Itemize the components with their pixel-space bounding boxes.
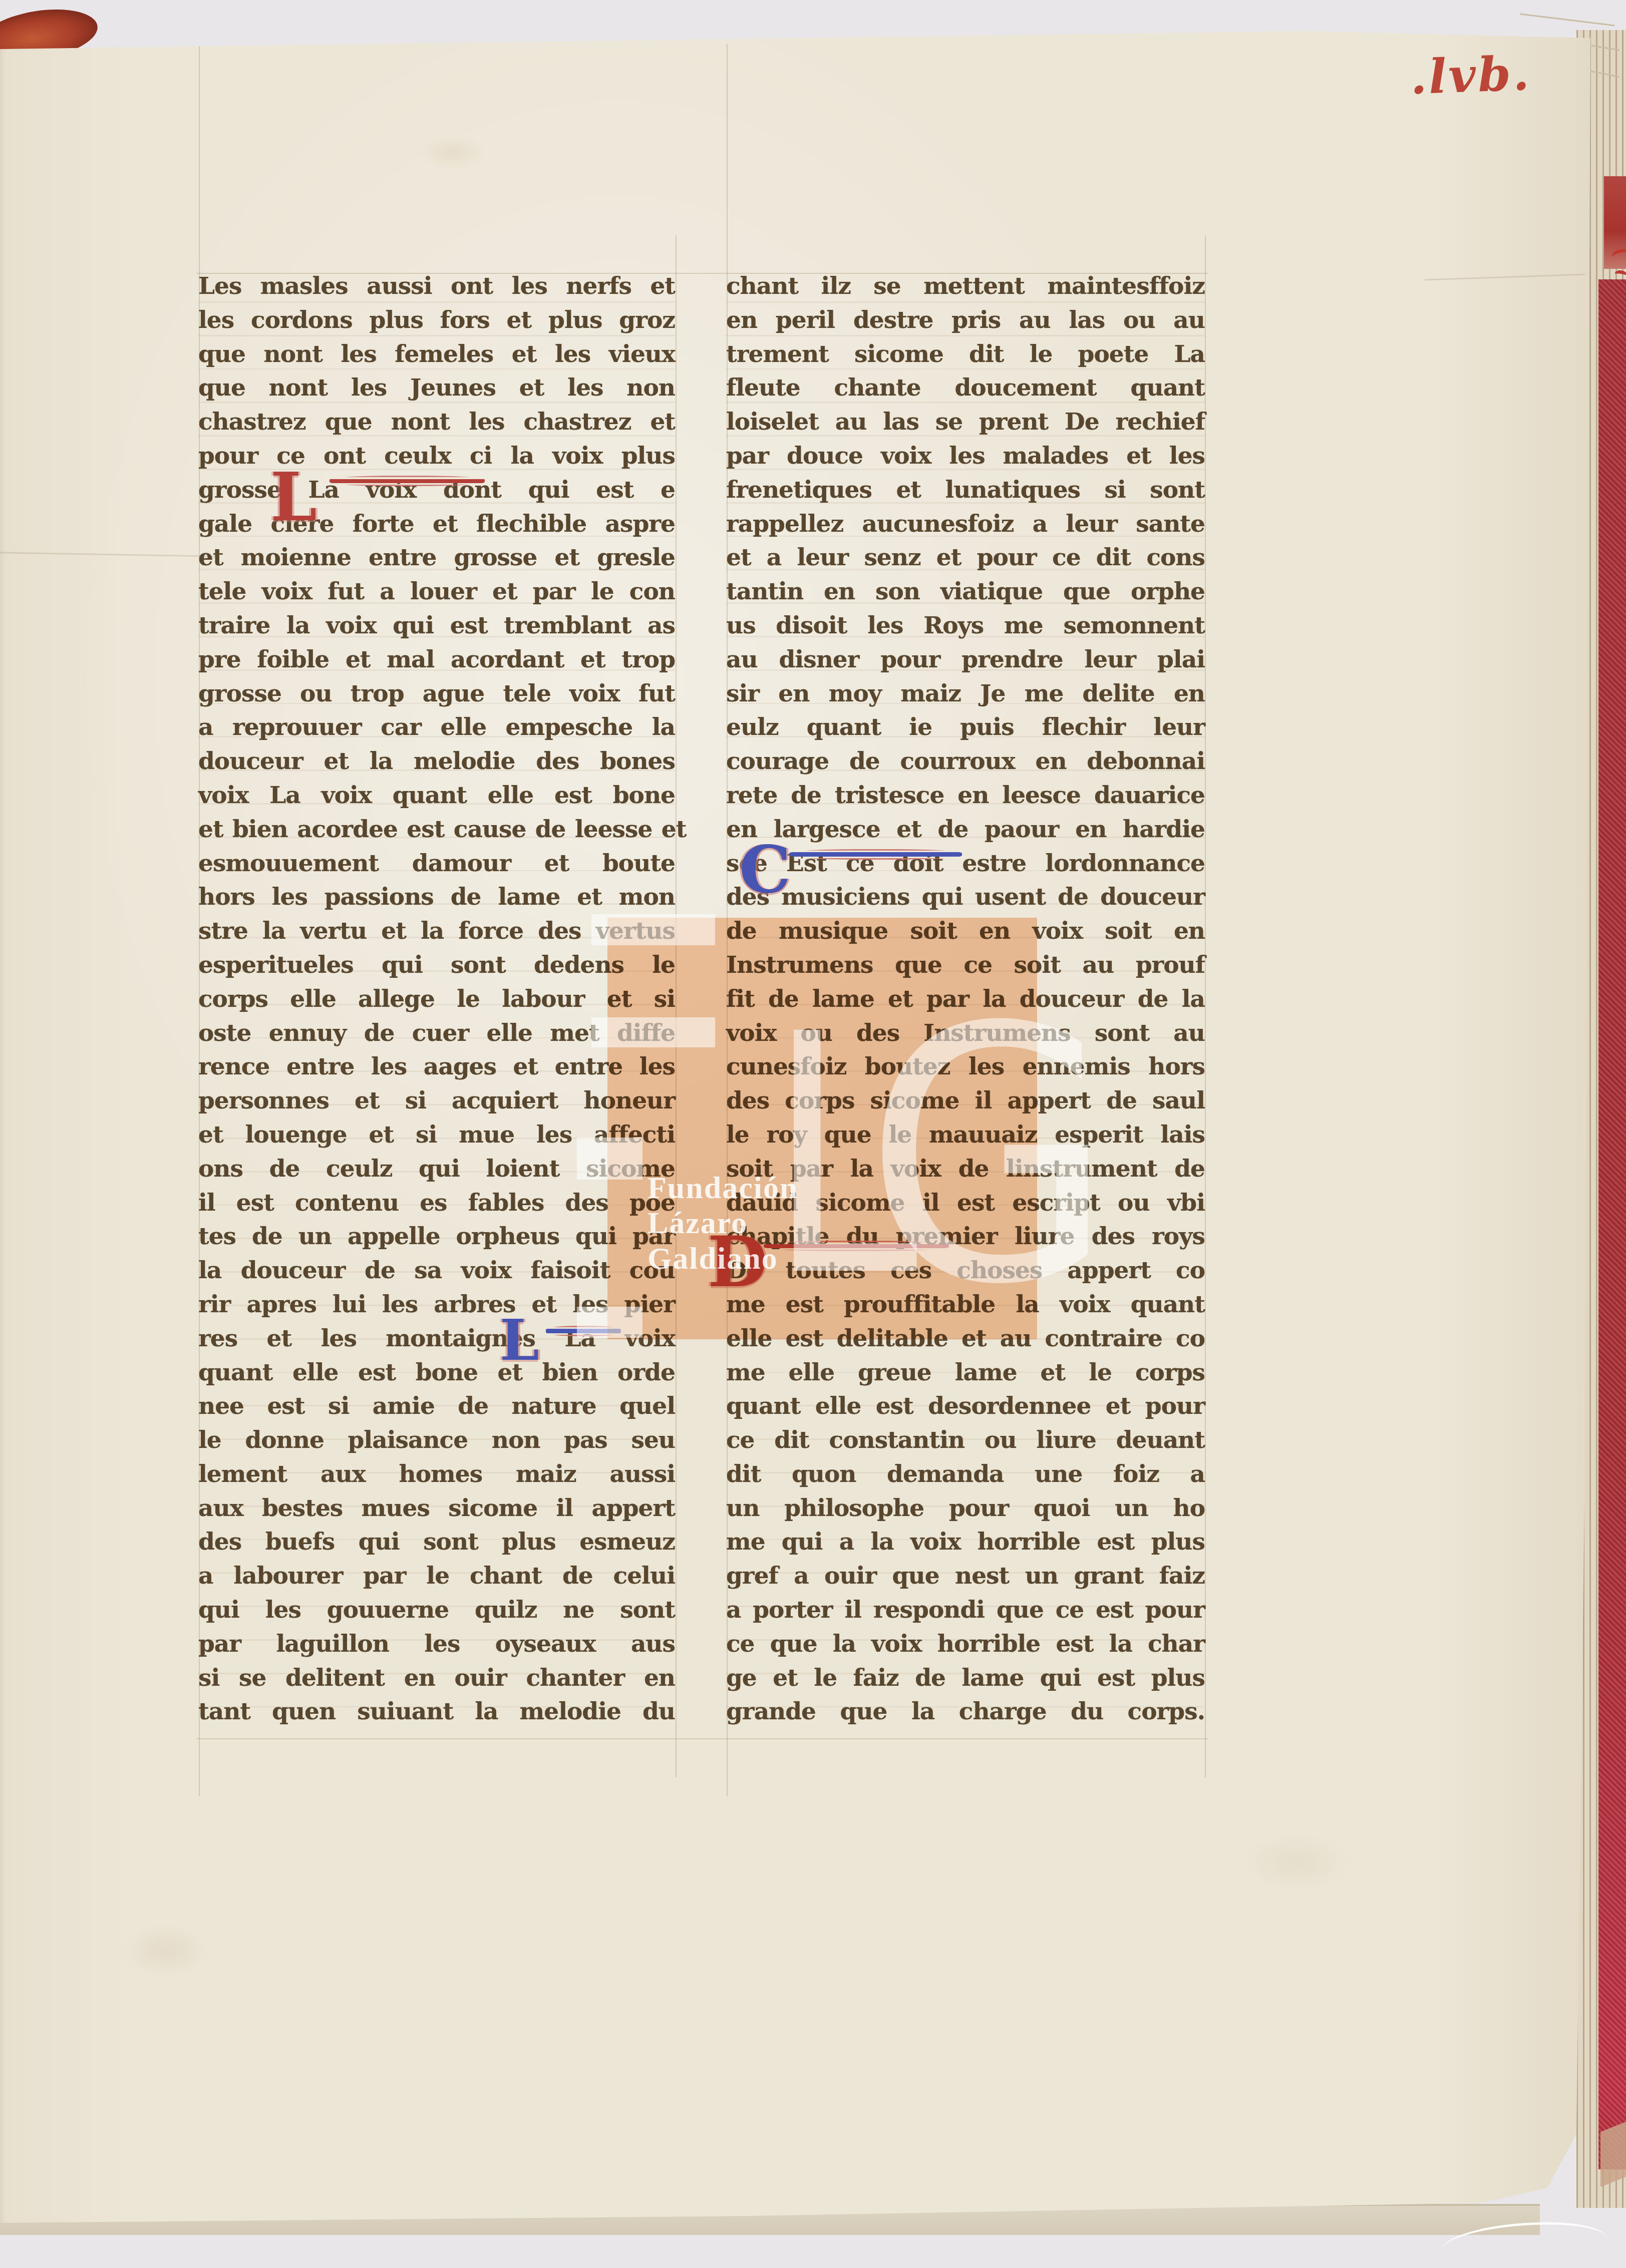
parchment-stain [1242,1832,1352,1893]
text-line: loiselet au las se prent De rechief [726,405,1205,439]
text-line: us disoit les Roys me semonnent [726,609,1205,643]
parchment-page: Les masles aussi ont les nerfs etles cor… [0,0,1626,2268]
text-line: eulz quant ie puis flechir leur [726,710,1205,744]
text-line: aux bestes mues sicome il appert [198,1491,675,1526]
text-line: tant quen suiuant la melodie du [198,1695,675,1729]
text-line: le donne plaisance non pas seu [198,1423,675,1457]
text-line: quant elle est bone et bien orde [198,1356,675,1390]
text-line: tantin en son viatique que orphe [726,575,1205,609]
text-line: a reprouuer car elle empesche la [198,710,675,744]
text-line: chastrez que nont les chastrez et [198,405,675,439]
parchment-crease [0,552,215,557]
manuscript-photo: Les masles aussi ont les nerfs etles cor… [0,0,1626,2268]
text-line: des buefs qui sont plus esmeuz [198,1525,675,1559]
text-line: douceur et la melodie des bones [198,744,675,779]
illuminated-initial: C [739,837,791,902]
parchment-stain [421,135,486,170]
text-line: personnes et si acquiert honeur [198,1084,675,1118]
text-line: en peril destre pris au las ou au [726,303,1205,337]
text-line: trement sicome dit le poete La [726,337,1205,371]
text-line: courage de courroux en debonnai [726,744,1205,779]
illuminated-initial: L [270,465,317,531]
text-line: lement aux homes maiz aussi [198,1457,675,1491]
watermark-text-line1: Fundación [647,1171,798,1206]
text-line: sir en moy maiz Je me delite en [726,677,1205,711]
watermark-f-bar [577,1307,642,1338]
watermark-f-bar [591,914,715,945]
text-line: chant ilz se mettent maintesffoiz [726,269,1205,303]
text-line: et bien acordee est cause de leesse et [198,813,675,847]
text-line: rence entre les aages et entre les [198,1050,675,1084]
penwork-flourish [789,849,962,860]
text-line: et moienne entre grosse et gresle [198,541,675,575]
text-line: a labourer par le chant de celui [198,1559,675,1593]
text-line: et a leur senz et pour ce dit cons [726,541,1205,575]
text-line: ce dit constantin ou liure deuant [726,1423,1205,1457]
watermark-f-bar [591,1017,715,1047]
text-line: des musiciens qui usent de douceur [726,880,1205,914]
watermark-text-line2: Lázaro Galdiano [647,1206,778,1277]
initial-letter: C [739,831,791,908]
parchment-stain [120,1923,210,1978]
text-line: il est contenu es fables des poe [198,1186,675,1220]
text-line: Les masles aussi ont les nerfs et [198,269,675,303]
text-line: rappellez aucunesfoiz a leur sante [726,507,1205,541]
text-line: dit quon demanda une foiz a [726,1457,1205,1491]
text-line: par laguillon les oyseaux aus [198,1627,675,1661]
text-line: tes de un appelle orpheus qui par [198,1220,675,1254]
text-line: pour ce ont ceulx ci la voix plus [198,439,675,473]
illuminated-initial: L [500,1313,539,1369]
ruling-line-horizontal [196,1738,1208,1739]
text-line: grande que la charge du corps. [726,1695,1205,1729]
text-line: rete de tristesce en leesce dauarice [726,779,1205,813]
text-line: un philosophe pour quoi un ho [726,1491,1205,1526]
text-line: esperitueles qui sont dedens le [198,948,675,982]
text-line: esmouuement damour et boute [198,847,675,881]
text-line: traire la voix qui est tremblant as [198,609,675,643]
initial-letter: L [270,459,317,536]
text-line: les cordons plus fors et plus groz [198,303,675,337]
text-line: que nont les Jeunes et les non [198,371,675,405]
text-line: me qui a la voix horrible est plus [726,1525,1205,1559]
folio-number: .lvb. [1409,46,1532,105]
text-line: par douce voix les malades et les [726,439,1205,473]
text-line: gref a ouir que nest un grant faiz [726,1559,1205,1593]
text-line: a porter il respondi que ce est pour [726,1593,1205,1627]
text-line: qui les gouuerne quilz ne sont [198,1593,675,1627]
text-line: gale clere forte et flechible aspre [198,507,675,541]
text-line: grosse ou trop ague tele voix fut [198,677,675,711]
red-binding-edge [1598,279,1626,2169]
text-line: la douceur de sa voix faisoit cou [198,1254,675,1288]
text-line: si se delitent en ouir chanter en [198,1661,675,1695]
text-line: hors les passions de lame et mon [198,880,675,914]
text-line: fleute chante doucement quant [726,371,1205,405]
watermark-letter-g: G [864,982,1114,1333]
text-line: corps elle allege le labour et si [198,982,675,1016]
watermark-f-bar [577,1138,642,1180]
penwork-flourish [330,476,485,486]
text-line: ce que la voix horrible est la char [726,1627,1205,1661]
text-line: tele voix fut a louer et par le con [198,575,675,609]
binding-fold [1600,2122,1626,2187]
text-line: frenetiques et lunatiques si sont [726,473,1205,507]
text-line: pre foible et mal acordant et trop [198,643,675,677]
parchment-crease [1425,273,1585,280]
ruling-line-vertical [1205,235,1206,1777]
text-line: que nont les femeles et les vieux [198,337,675,371]
text-line: quant elle est desordennee et pour [726,1389,1205,1423]
text-line: en largesce et de paour en hardie [726,813,1205,847]
text-column-left: Les masles aussi ont les nerfs etles cor… [198,269,675,1729]
initial-letter: L [500,1308,539,1373]
text-line: voix La voix quant elle est bone [198,779,675,813]
page-stack-line [1520,13,1615,26]
text-line: nee est si amie de nature quel [198,1389,675,1423]
text-line: ge et le faiz de lame qui est plus [726,1661,1205,1695]
text-line: au disner pour prendre leur plai [726,643,1205,677]
